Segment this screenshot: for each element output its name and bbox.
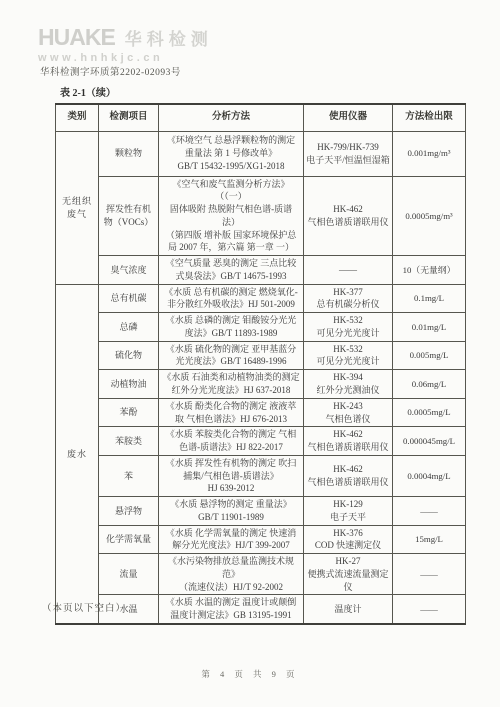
logo-brand-text: HUAKE xyxy=(38,24,115,51)
method-cell: 《水质 化学需氧量的测定 快速消 解分光光度法》HJ/T 399-2007 xyxy=(159,525,304,554)
table-row: 化学需氧量 《水质 化学需氧量的测定 快速消 解分光光度法》HJ/T 399-2… xyxy=(56,525,466,554)
method-cell: 《空气和废气监测分析方法》（（一） 固体吸附 热脱附气相色谱-质谱法） （第四版… xyxy=(159,176,304,256)
item-cell: 悬浮物 xyxy=(99,497,159,526)
header-category: 类别 xyxy=(56,104,99,131)
blank-page-note: （本页以下空白） xyxy=(42,600,126,614)
item-cell: 挥发性有机 物（VOCs） xyxy=(99,176,159,256)
table-row: 悬浮物 《水质 悬浮物的测定 重量法》 GB/T 11901-1989 HK-1… xyxy=(56,497,466,526)
method-cell: 《水质 酚类化合物的测定 液液萃 取 气相色谱法》HJ 676-2013 xyxy=(159,398,304,427)
method-cell: 《水质 水温的测定 温度计或颠倒 温度计测定法》GB 13195-1991 xyxy=(159,595,304,624)
limit-cell: 0.000045mg/L xyxy=(393,427,466,456)
company-logo: HUAKE 华科检测 www.hnhkjc.cn xyxy=(38,24,213,64)
method-cell: 《水质 总磷的测定 钼酸铵分光光 度法》GB/T 11893-1989 xyxy=(159,313,304,342)
limit-cell: 0.06mg/L xyxy=(393,370,466,399)
item-cell: 苯酚 xyxy=(99,398,159,427)
method-cell: 《空气质量 恶臭的测定 三点比较 式臭袋法》GB/T 14675-1993 xyxy=(159,256,304,285)
limit-cell: 0.0005mg/m³ xyxy=(393,176,466,256)
header-limit: 方法检出限 xyxy=(393,104,466,131)
limit-cell: 0.0005mg/L xyxy=(393,398,466,427)
instrument-cell: HK-377 总有机碳分析仪 xyxy=(304,284,393,313)
item-cell: 化学需氧量 xyxy=(99,525,159,554)
method-cell: 《水质 石油类和动植物油类的测定 红外分光光度法》HJ 637-2018 xyxy=(159,370,304,399)
table-row: 挥发性有机 物（VOCs） 《空气和废气监测分析方法》（（一） 固体吸附 热脱附… xyxy=(56,176,466,256)
header-instrument: 使用仪器 xyxy=(304,104,393,131)
header-item: 检测项目 xyxy=(99,104,159,131)
method-detection-table: 类别 检测项目 分析方法 使用仪器 方法检出限 无组织 废气 颗粒物 《环境空气… xyxy=(55,103,466,625)
logo-brand-cn-text: 华科检测 xyxy=(125,25,213,50)
logo-row: HUAKE 华科检测 xyxy=(38,24,213,51)
item-cell: 苯胺类 xyxy=(99,427,159,456)
category-cell-wastewater: 废水 xyxy=(56,284,99,624)
item-cell: 总磷 xyxy=(99,313,159,342)
instrument-cell: HK-462 气相色谱质谱联用仪 xyxy=(304,176,393,256)
table-header-row: 类别 检测项目 分析方法 使用仪器 方法检出限 xyxy=(56,104,466,131)
table-row: 苯酚 《水质 酚类化合物的测定 液液萃 取 气相色谱法》HJ 676-2013 … xyxy=(56,398,466,427)
page-number: 第 4 页 共 9 页 xyxy=(0,668,500,680)
item-cell: 苯 xyxy=(99,455,159,496)
document-number: 华科检测字环质第2202-02093号 xyxy=(40,64,181,78)
method-cell: 《水质 悬浮物的测定 重量法》 GB/T 11901-1989 xyxy=(159,497,304,526)
item-cell: 动植物油 xyxy=(99,370,159,399)
limit-cell: —— xyxy=(393,554,466,595)
table-row: 动植物油 《水质 石油类和动植物油类的测定 红外分光光度法》HJ 637-201… xyxy=(56,370,466,399)
table-row: 苯胺类 《水质 苯胺类化合物的测定 气相 色谱-质谱法》HJ 822-2017 … xyxy=(56,427,466,456)
method-cell: 《水质 硫化物的测定 亚甲基蓝分 光光度法》GB/T 16489-1996 xyxy=(159,341,304,370)
instrument-cell: HK-394 红外分光测油仪 xyxy=(304,370,393,399)
instrument-cell: HK-376 COD 快速测定仪 xyxy=(304,525,393,554)
method-cell: 《水质 苯胺类化合物的测定 气相 色谱-质谱法》HJ 822-2017 xyxy=(159,427,304,456)
limit-cell: 0.001mg/m³ xyxy=(393,131,466,176)
limit-cell: 0.1mg/L xyxy=(393,284,466,313)
item-cell: 颗粒物 xyxy=(99,131,159,176)
limit-cell: 0.0004mg/L xyxy=(393,455,466,496)
limit-cell: 15mg/L xyxy=(393,525,466,554)
table-title: 表 2-1（续） xyxy=(60,84,116,99)
limit-cell: 0.01mg/L xyxy=(393,313,466,342)
instrument-cell: HK-129 电子天平 xyxy=(304,497,393,526)
table-row: 废水 总有机碳 《水质 总有机碳的测定 燃烧氧化- 非分散红外吸收法》HJ 50… xyxy=(56,284,466,313)
instrument-cell: HK-462 气相色谱质谱联用仪 xyxy=(304,427,393,456)
table-row: 流量 《水污染物排放总量监测技术规范》 （流速仪法）HJ/T 92-2002 H… xyxy=(56,554,466,595)
table-row: 总磷 《水质 总磷的测定 钼酸铵分光光 度法》GB/T 11893-1989 H… xyxy=(56,313,466,342)
instrument-cell: HK-27 便携式流速流量测定 仪 xyxy=(304,554,393,595)
limit-cell: 0.005mg/L xyxy=(393,341,466,370)
instrument-cell: 温度计 xyxy=(304,595,393,624)
item-cell: 总有机碳 xyxy=(99,284,159,313)
item-cell: 流量 xyxy=(99,554,159,595)
method-cell: 《水污染物排放总量监测技术规范》 （流速仪法）HJ/T 92-2002 xyxy=(159,554,304,595)
logo-website-text: www.hnhkjc.cn xyxy=(38,52,213,64)
table-row: 臭气浓度 《空气质量 恶臭的测定 三点比较 式臭袋法》GB/T 14675-19… xyxy=(56,256,466,285)
report-page: HUAKE 华科检测 www.hnhkjc.cn 华科检测字环质第2202-02… xyxy=(0,0,500,707)
item-cell: 臭气浓度 xyxy=(99,256,159,285)
instrument-cell: HK-243 气相色谱仪 xyxy=(304,398,393,427)
table-row: 硫化物 《水质 硫化物的测定 亚甲基蓝分 光光度法》GB/T 16489-199… xyxy=(56,341,466,370)
item-cell: 硫化物 xyxy=(99,341,159,370)
instrument-cell: —— xyxy=(304,256,393,285)
header-method: 分析方法 xyxy=(159,104,304,131)
table-row: 无组织 废气 颗粒物 《环境空气 总悬浮颗粒物的测定 重量法 第 1 号修改单》… xyxy=(56,131,466,176)
instrument-cell: HK-532 可见分光光度计 xyxy=(304,341,393,370)
method-cell: 《水质 总有机碳的测定 燃烧氧化- 非分散红外吸收法》HJ 501-2009 xyxy=(159,284,304,313)
limit-cell: —— xyxy=(393,595,466,624)
limit-cell: 10（无量纲） xyxy=(393,256,466,285)
instrument-cell: HK-799/HK-739 电子天平/恒温恒湿箱 xyxy=(304,131,393,176)
method-cell: 《水质 挥发性有机物的测定 吹扫 捕集/气相色谱-质谱法》 HJ 639-201… xyxy=(159,455,304,496)
table-row: 苯 《水质 挥发性有机物的测定 吹扫 捕集/气相色谱-质谱法》 HJ 639-2… xyxy=(56,455,466,496)
instrument-cell: HK-532 可见分光光度计 xyxy=(304,313,393,342)
method-cell: 《环境空气 总悬浮颗粒物的测定 重量法 第 1 号修改单》 GB/T 15432… xyxy=(159,131,304,176)
category-cell-gas: 无组织 废气 xyxy=(56,131,99,284)
instrument-cell: HK-462 气相色谱质谱联用仪 xyxy=(304,455,393,496)
limit-cell: —— xyxy=(393,497,466,526)
